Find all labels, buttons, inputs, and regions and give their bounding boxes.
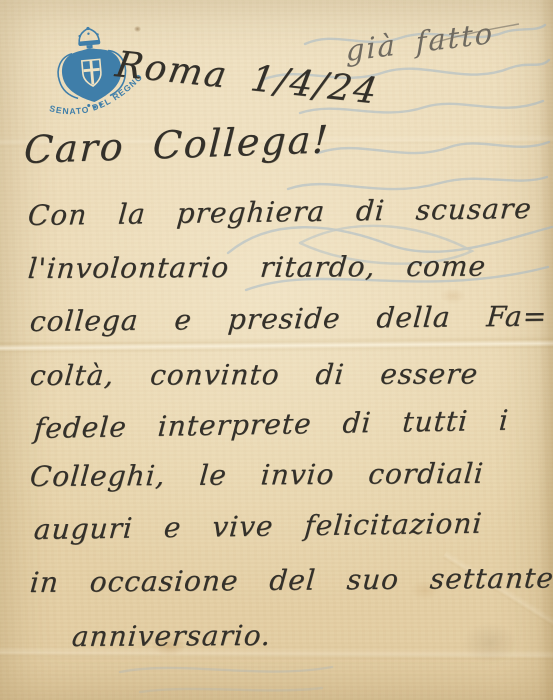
body-line: coltà, convinto di essere: [29, 357, 480, 392]
body-line: collega e preside della Fa=: [29, 300, 549, 338]
body-line: Colleghi, le invio cordiali: [29, 457, 485, 493]
bleedthrough-stroke: [318, 142, 549, 153]
letter-photo: SENATO DEL REGNO Roma 1/4/24 già fatto C…: [0, 0, 553, 700]
body-line: Con la preghiera di scusare: [27, 192, 533, 232]
bleedthrough-stroke: [288, 177, 547, 189]
body-line: in occasione del suo settantesimo: [29, 561, 553, 599]
crest-crown-icon: [77, 26, 101, 49]
bleedthrough-stroke: [120, 667, 332, 672]
body-line: anniversario.: [71, 619, 273, 653]
bleedthrough-stroke: [228, 227, 552, 253]
body-line: auguri e vive felicitazioni: [33, 507, 484, 546]
bleedthrough-stroke: [140, 688, 322, 692]
body-line: l'involontario ritardo, come: [27, 250, 488, 285]
